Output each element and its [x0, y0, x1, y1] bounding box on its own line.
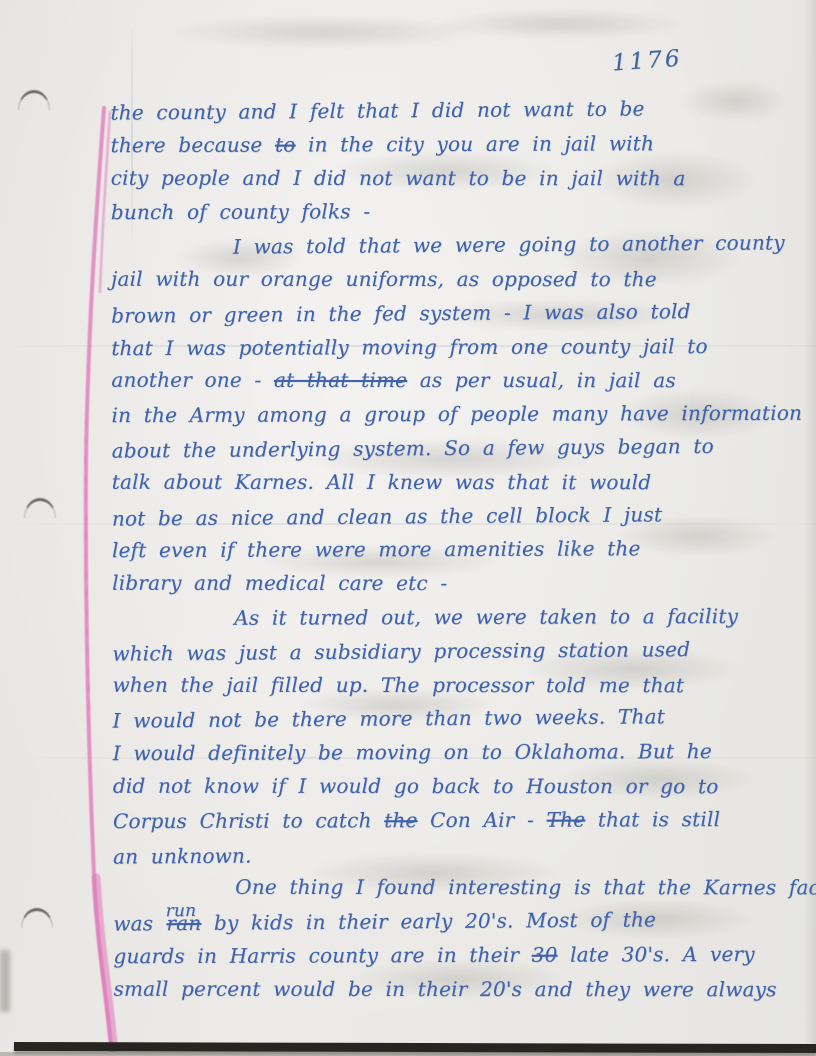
handwriting-text: in the Army among a group of people many…	[111, 401, 802, 427]
handwriting-line: I would definitely be moving on to Oklah…	[113, 735, 781, 771]
handwriting-text: that I was potentially moving from one c…	[111, 334, 707, 360]
struck-out-text: at that time	[274, 368, 407, 392]
handwriting-text: left even if there were more amenities l…	[112, 537, 641, 563]
handwriting-line: brown or green in the fed system - I was…	[111, 294, 779, 333]
handwriting-text: I would not be there more than two weeks…	[112, 705, 665, 733]
handwriting-text: as per usual, in jail as	[407, 368, 676, 392]
handwriting-text: As it turned out, we were taken to a fac…	[234, 604, 738, 630]
handwriting-line: was runran by kids in their early 20's. …	[113, 903, 781, 942]
handwriting-text: brown or green in the fed system - I was…	[111, 299, 691, 328]
handwriting-text: I was told that we were going to another…	[233, 231, 785, 259]
handwriting-line: One thing I found interesting is that th…	[113, 871, 781, 905]
struck-out-text: the	[384, 808, 417, 832]
handwriting-text: did not know if I would go back to Houst…	[113, 774, 719, 799]
handwriting-line: I would not be there more than two weeks…	[112, 700, 780, 739]
handwriting-line: city people and I did not want to be in …	[111, 161, 779, 195]
handwriting-line: guards in Harris county are in their 30 …	[113, 938, 781, 974]
handwriting-text: which was just a subsidiary processing s…	[112, 637, 690, 666]
handwriting-text: Con Air -	[418, 807, 547, 831]
handwriting-line: Corpus Christi to catch the Con Air - Th…	[113, 803, 781, 839]
handwriting-text: I would definitely be moving on to Oklah…	[113, 739, 712, 765]
handwriting-line: about the underlying system. So a few gu…	[112, 429, 780, 468]
handwriting-line: in the Army among a group of people many…	[111, 397, 779, 433]
handwriting-line: small percent would be in their 20's and…	[114, 972, 782, 1006]
handwriting-line: another one - at that time as per usual,…	[111, 364, 779, 398]
handwriting-text: an unknown.	[113, 843, 252, 868]
smudge	[430, 8, 690, 40]
handwriting-line: not be as nice and clean as the cell blo…	[112, 497, 780, 536]
handwriting-text: was	[113, 911, 166, 935]
scanned-letter-page: 1176 the county and I felt that I did no…	[0, 0, 816, 1056]
handwriting-text: when the jail filled up. The processor t…	[112, 672, 684, 696]
handwriting-text: in the city you are in jail with	[295, 131, 654, 156]
handwriting-text: guards in Harris county are in their	[113, 943, 531, 968]
handwriting-line: jail with our orange uniforms, as oppose…	[111, 263, 779, 297]
handwriting-line: the county and I felt that I did not wan…	[110, 91, 778, 130]
handwriting-line: did not know if I would go back to Houst…	[113, 770, 781, 804]
handwriting-line: As it turned out, we were taken to a fac…	[112, 600, 780, 636]
handwriting-line: that I was potentially moving from one c…	[111, 329, 779, 365]
handwriting-line: when the jail filled up. The processor t…	[112, 668, 780, 702]
handwriting-line: an unknown.	[113, 835, 781, 874]
handwriting-text: there because	[111, 132, 276, 157]
handwriting-text: that is still	[585, 807, 720, 831]
handwriting-text: the county and I felt that I did not wan…	[110, 96, 644, 124]
handwriting-text: by kids in their early 20's. Most of the	[201, 907, 656, 935]
handwriting-line: talk about Karnes. All I knew was that i…	[112, 465, 780, 499]
handwriting-text: One thing I found interesting is that th…	[235, 875, 816, 900]
handwriting-text: another one -	[111, 368, 274, 392]
handwriting-line: I was told that we were going to another…	[111, 227, 779, 266]
handwriting-text: library and medical care etc -	[112, 571, 447, 595]
handwriting-line: which was just a subsidiary processing s…	[112, 632, 780, 671]
handwriting-text: Corpus Christi to catch	[113, 808, 384, 833]
page-number: 1176	[611, 46, 683, 77]
scan-edge-smudge	[0, 950, 10, 1012]
handwriting-line: there because to in the city you are in …	[111, 127, 779, 163]
handwriting-text: jail with our orange uniforms, as oppose…	[111, 267, 657, 291]
handwriting-text: talk about Karnes. All I knew was that i…	[112, 469, 652, 493]
handwriting-text: small percent would be in their 20's and…	[114, 976, 777, 1001]
handwriting-line: library and medical care etc -	[112, 567, 780, 601]
handwriting-line: left even if there were more amenities l…	[112, 532, 780, 568]
struck-out-text: to	[275, 132, 296, 156]
struck-out-text: The	[547, 807, 586, 831]
struck-out-text: 30	[532, 943, 558, 967]
handwriting-text: late 30's. A very	[557, 942, 754, 967]
scan-edge-right	[804, 0, 816, 1056]
letter-body: the county and I felt that I did not wan…	[110, 93, 781, 1008]
inserted-text: run	[166, 901, 197, 921]
handwriting-text: city people and I did not want to be in …	[111, 165, 686, 190]
handwriting-text: bunch of county folks -	[111, 200, 371, 225]
handwriting-text: about the underlying system. So a few gu…	[112, 434, 714, 463]
handwriting-text: not be as nice and clean as the cell blo…	[112, 502, 662, 530]
handwriting-line: bunch of county folks -	[111, 194, 779, 230]
